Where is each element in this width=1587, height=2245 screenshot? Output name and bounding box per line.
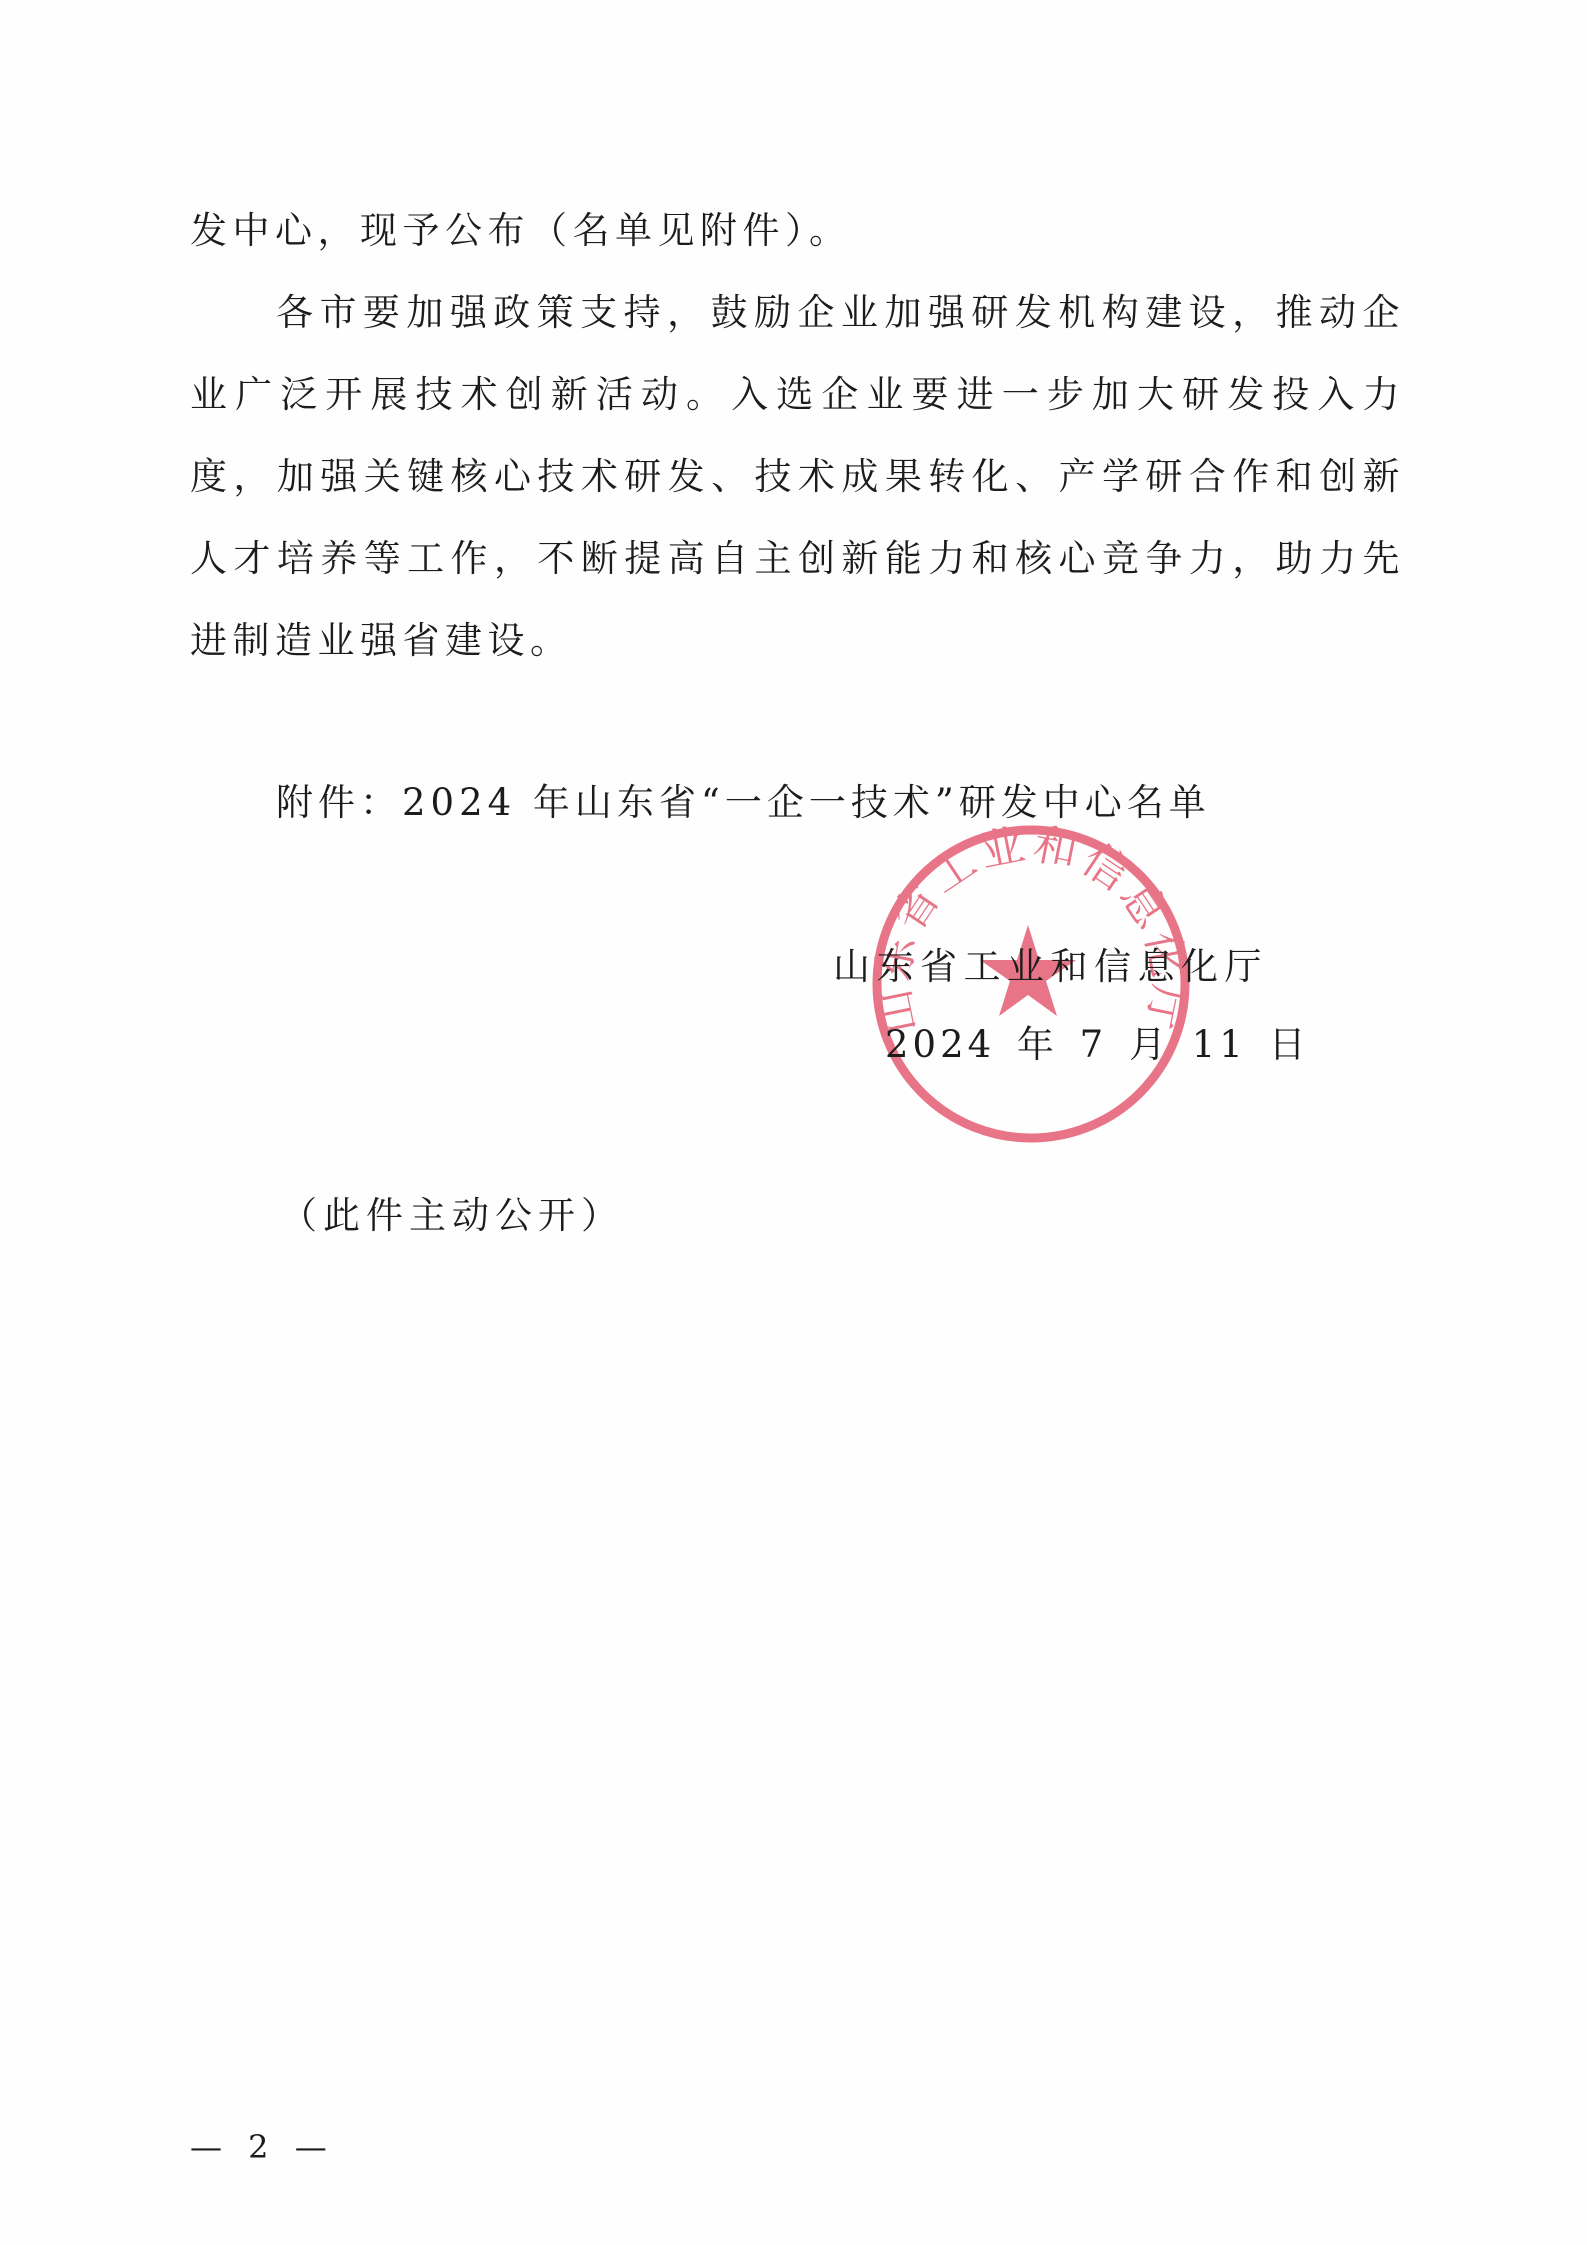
- issuing-organization: 山东省工业和信息化厅: [833, 928, 1273, 1006]
- disclosure-note: （此件主动公开）: [280, 1180, 624, 1252]
- page-number: — 2 —: [190, 2122, 335, 2172]
- paragraph-announcement-tail: 发中心，现予公布（名单见附件）。: [190, 190, 1405, 272]
- paragraph-requirements: 各市要加强政策支持，鼓励企业加强研发机构建设，推动企业广泛开展技术创新活动。入选…: [190, 272, 1405, 682]
- document-page: 发中心，现予公布（名单见附件）。 各市要加强政策支持，鼓励企业加强研发机构建设，…: [0, 0, 1587, 2245]
- issue-date: 2024 年 7 月 11 日: [833, 1006, 1273, 1084]
- document-body: 发中心，现予公布（名单见附件）。 各市要加强政策支持，鼓励企业加强研发机构建设，…: [190, 190, 1405, 682]
- signature-block: 山东省工业和信息化厅 2024 年 7 月 11 日: [833, 928, 1273, 1084]
